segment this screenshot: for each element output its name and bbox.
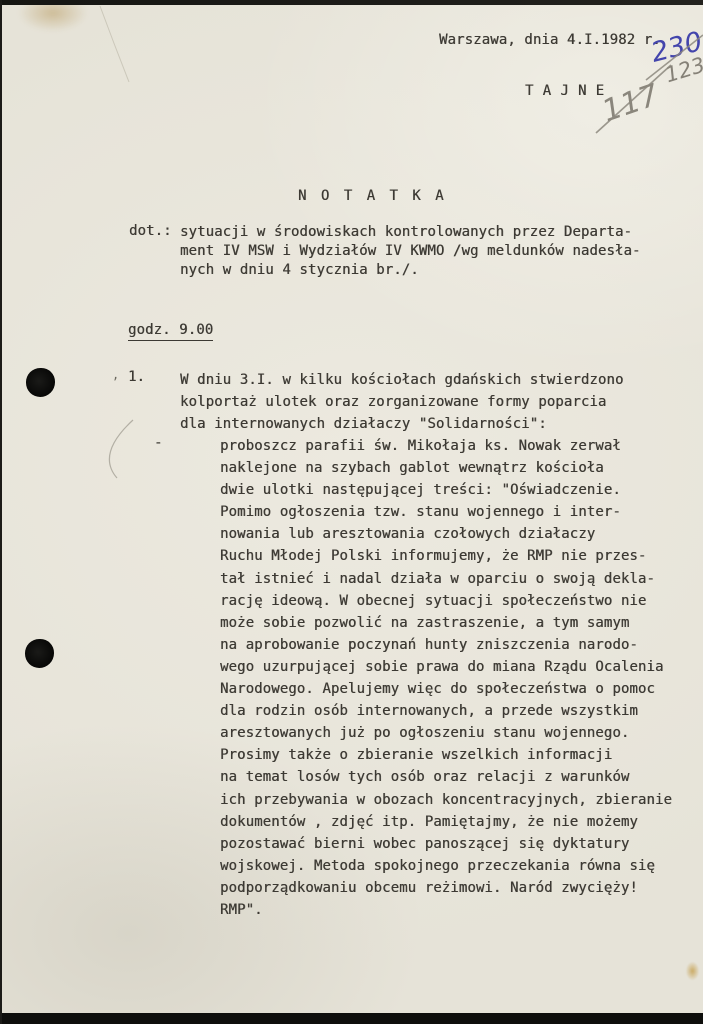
hole-punch-top — [26, 368, 55, 397]
handwritten-number-117: 117 — [598, 78, 664, 130]
scan-edge-left — [0, 0, 2, 1024]
list-item-text: W dniu 3.I. w kilku kościołach gdańskich… — [180, 369, 624, 436]
bullet-text: proboszcz parafii św. Mikołaja ks. Nowak… — [220, 435, 672, 921]
subject-text: sytuacji w środowiskach kontrolowanych p… — [180, 223, 641, 280]
classification-stamp: T A J N E — [525, 83, 604, 99]
paper-crease-top-left — [100, 6, 129, 82]
pencil-arc-left-margin — [109, 420, 133, 478]
scanned-page: Warszawa, dnia 4.I.1982 r. T A J N E N O… — [2, 4, 703, 1014]
list-item-number: 1. — [128, 369, 145, 385]
scan-edge-bottom — [0, 1013, 703, 1024]
bullet-dash: - — [154, 435, 163, 451]
scan-edge-top — [0, 0, 703, 5]
hole-punch-bottom — [25, 639, 54, 668]
paper-stain-bottom-right — [686, 962, 699, 980]
document-title: N O T A T K A — [298, 188, 447, 204]
stray-pencil-mark: , — [112, 368, 119, 382]
date-line: Warszawa, dnia 4.I.1982 r. — [439, 32, 661, 48]
section-heading-time: godz. 9.00 — [128, 322, 213, 341]
subject-label: dot.: — [129, 223, 172, 239]
